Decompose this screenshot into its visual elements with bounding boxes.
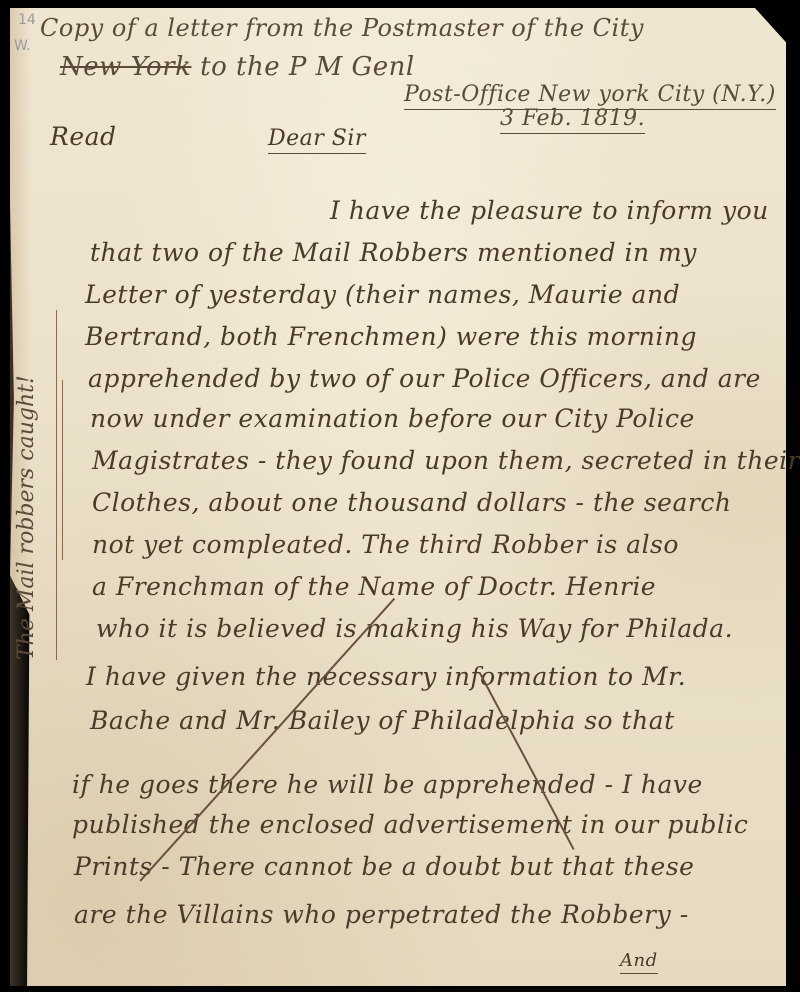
body-line: who it is believed is making his Way for… (96, 614, 733, 643)
struck-text: New York (60, 52, 191, 82)
body-line: published the enclosed advertisement in … (72, 810, 748, 839)
body-line: Clothes, about one thousand dollars - th… (92, 488, 731, 517)
body-line: I have the pleasure to inform you (330, 196, 769, 225)
body-line: Bache and Mr. Bailey of Philadelphia so … (90, 706, 675, 735)
salutation: Dear Sir (268, 126, 366, 154)
catchword: And (620, 950, 658, 974)
body-line: not yet compleated. The third Robber is … (92, 530, 679, 559)
annotation-read: Read (50, 122, 117, 151)
header-line-2: New York to the P M Genl (60, 52, 415, 82)
body-line: that two of the Mail Robbers mentioned i… (90, 238, 697, 267)
body-line: apprehended by two of our Police Officer… (88, 364, 761, 393)
body-line: Prints - There cannot be a doubt but tha… (74, 852, 694, 881)
body-line: a Frenchman of the Name of Doctr. Henrie (92, 572, 656, 601)
body-line: Letter of yesterday (their names, Maurie… (85, 280, 680, 309)
margin-rule (56, 310, 57, 660)
body-line: Magistrates - they found upon them, secr… (92, 446, 800, 475)
pencil-mark: 14 (18, 12, 36, 28)
body-line: now under examination before our City Po… (90, 404, 695, 433)
letter-date: 3 Feb. 1819. (500, 106, 645, 134)
body-line: if he goes there he will be apprehended … (72, 770, 703, 799)
body-line: Bertrand, both Frenchmen) were this morn… (85, 322, 697, 351)
body-line: I have given the necessary information t… (86, 662, 686, 691)
body-line: are the Villains who perpetrated the Rob… (74, 900, 689, 929)
margin-rule (62, 380, 63, 560)
pencil-mark: W. (14, 38, 31, 54)
header-line-1: Copy of a letter from the Postmaster of … (40, 14, 644, 42)
margin-note: The Mail robbers caught! (14, 375, 39, 660)
header-recipient: to the P M Genl (200, 52, 415, 82)
